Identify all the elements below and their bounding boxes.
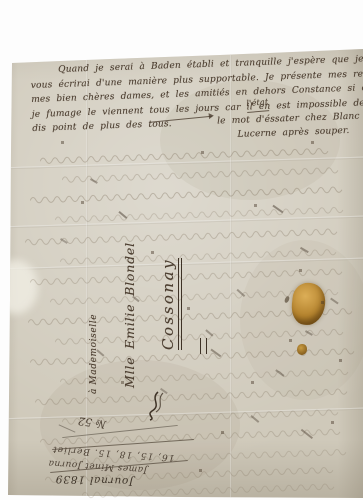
address-town-text: Cossonay: [159, 258, 182, 350]
address-recipient: Mlle Emilie Blondel: [122, 204, 137, 400]
scanned-letter-photo: Quand je serai à Baden établi et tranqui…: [0, 0, 363, 500]
flourish-tail: [144, 391, 166, 421]
address-salutation: à Mademoiselle: [89, 204, 99, 400]
address-town: Cossonay: [159, 204, 177, 400]
paper-specks: [0, 0, 1, 1]
paraph-mark: [200, 338, 207, 354]
inserted-correction: l'état: [246, 95, 269, 112]
address-panel: à Mademoiselle Mlle Emilie Blondel Cosso…: [89, 204, 207, 400]
letter-body: Quand je serai à Baden établi et tranqui…: [30, 53, 354, 137]
